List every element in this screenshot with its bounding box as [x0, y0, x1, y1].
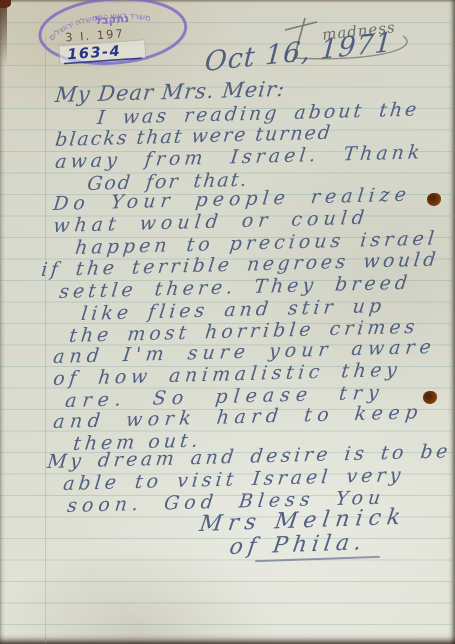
scan-edge [0, 0, 7, 66]
margin-line [45, 36, 46, 644]
received-stamp: משרד ראש הממשלה ירושלים נתקבל 3 I. 197 1… [32, 0, 197, 75]
rust-spot [427, 193, 441, 206]
rust-spot [423, 391, 437, 404]
signature-place: of Phila. [228, 532, 368, 559]
salutation: My Dear Mrs. Meir: [54, 78, 286, 106]
letter-scan: משרד ראש הממשלה ירושלים נתקבל 3 I. 197 1… [0, 0, 455, 644]
scan-edge [0, 0, 11, 8]
stamp-received-label: נתקבל [95, 12, 130, 27]
